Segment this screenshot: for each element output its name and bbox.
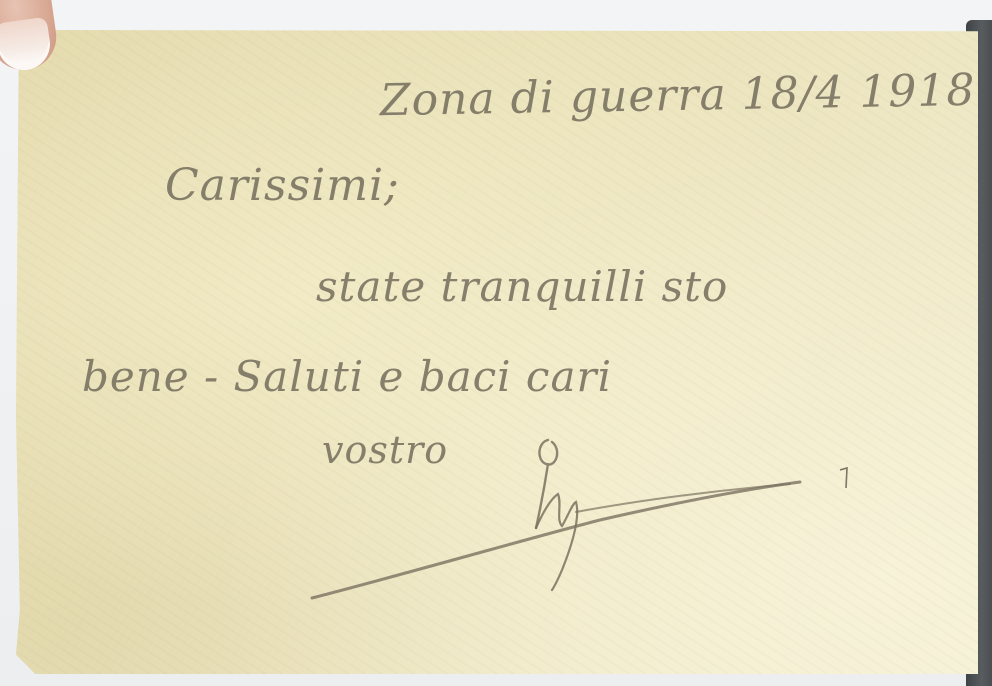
letter-header-place-date: Zona di guerra 18/4 1918 xyxy=(380,65,976,126)
letter-salutation: Carissimi; xyxy=(165,160,400,211)
letter-body-line-1: state tranquilli sto xyxy=(316,262,728,311)
letter-body-line-2: bene - Saluti e baci cari xyxy=(82,352,612,401)
letter-closing: vostro xyxy=(322,428,448,472)
ink-mark xyxy=(838,466,850,492)
